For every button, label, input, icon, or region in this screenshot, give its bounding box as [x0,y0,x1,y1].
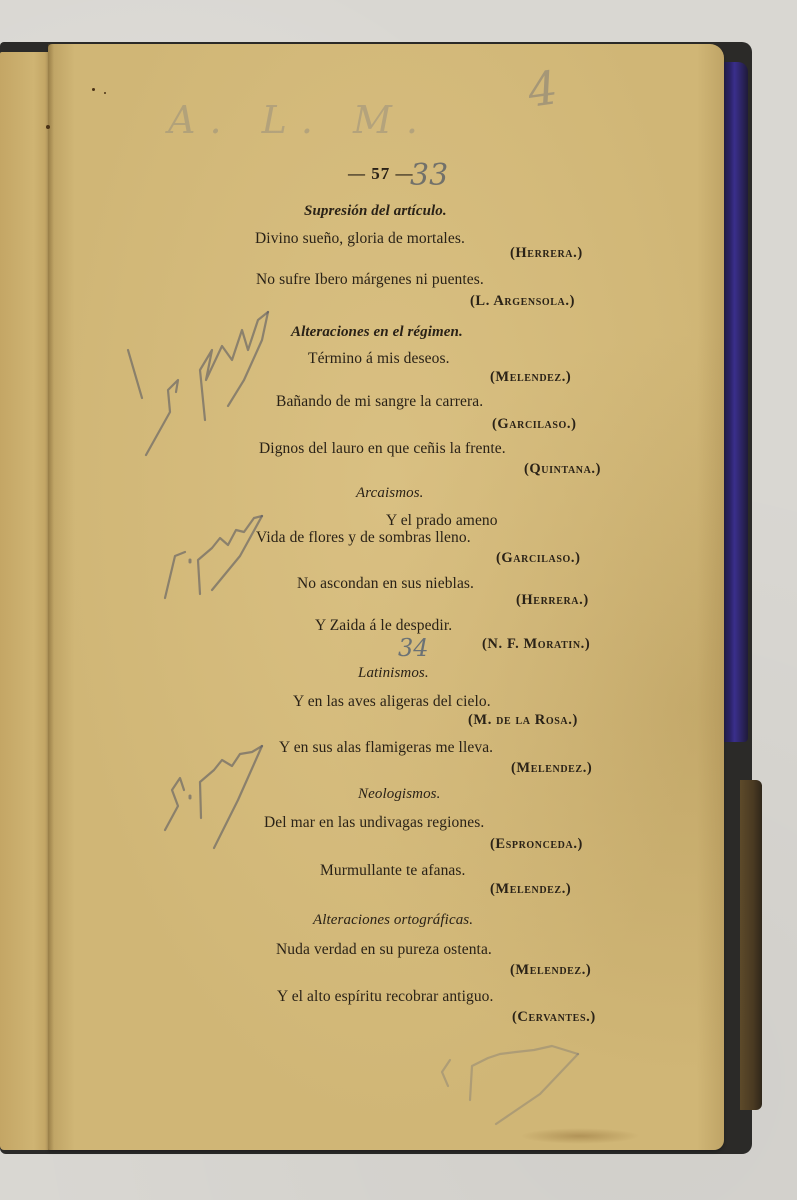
quote-line: Divino sueño, gloria de mortales. [255,230,465,248]
quote-author: (M. de la Rosa.) [468,711,578,729]
quote-line: No ascondan en sus nieblas. [297,575,474,593]
quote-line: Bañando de mi sangre la carrera. [276,393,483,411]
quote-author: (L. Argensola.) [470,292,575,310]
quote-author: (Garcilaso.) [496,549,581,567]
section-heading: Alteraciones en el régimen. [291,323,463,341]
section-heading: Latinismos. [358,664,429,682]
section-heading: Supresión del artículo. [304,202,447,220]
quote-author: (Melendez.) [511,759,592,777]
quote-line: Y el alto espíritu recobrar antiguo. [277,988,494,1006]
quote-line: Y Zaida á le despedir. [315,617,452,635]
quote-line: Y en las aves aligeras del cielo. [293,693,491,711]
quote-line: Vida de flores y de sombras lleno. [256,529,471,547]
quote-author: (Quintana.) [524,460,601,478]
quote-line: Término á mis deseos. [308,350,450,368]
page-number: — 57 — [348,164,414,184]
section-heading: Alteraciones ortográficas. [313,911,473,929]
quote-author: (Melendez.) [510,961,591,979]
quote-line: Dignos del lauro en que ceñis la frente. [259,440,506,458]
section-heading: Arcaismos. [356,484,424,502]
quote-author: (N. F. Moratin.) [482,635,590,653]
quote-line: No sufre Ibero márgenes ni puentes. [256,271,484,289]
quote-line: Y en sus alas flamigeras me lleva. [279,739,493,757]
printed-text: — 57 — Supresión del artículo. Divino su… [0,0,797,1200]
quote-author: (Cervantes.) [512,1008,596,1026]
quote-line: Del mar en las undivagas regiones. [264,814,484,832]
quote-author: (Espronceda.) [490,835,583,853]
section-heading: Neologismos. [358,785,440,803]
quote-author: (Garcilaso.) [492,415,577,433]
quote-line: Y el prado ameno [386,512,498,530]
quote-line: Nuda verdad en su pureza ostenta. [276,941,492,959]
quote-author: (Herrera.) [516,591,589,609]
quote-author: (Melendez.) [490,880,571,898]
quote-author: (Melendez.) [490,368,571,386]
quote-author: (Herrera.) [510,244,583,262]
quote-line: Murmullante te afanas. [320,862,466,880]
